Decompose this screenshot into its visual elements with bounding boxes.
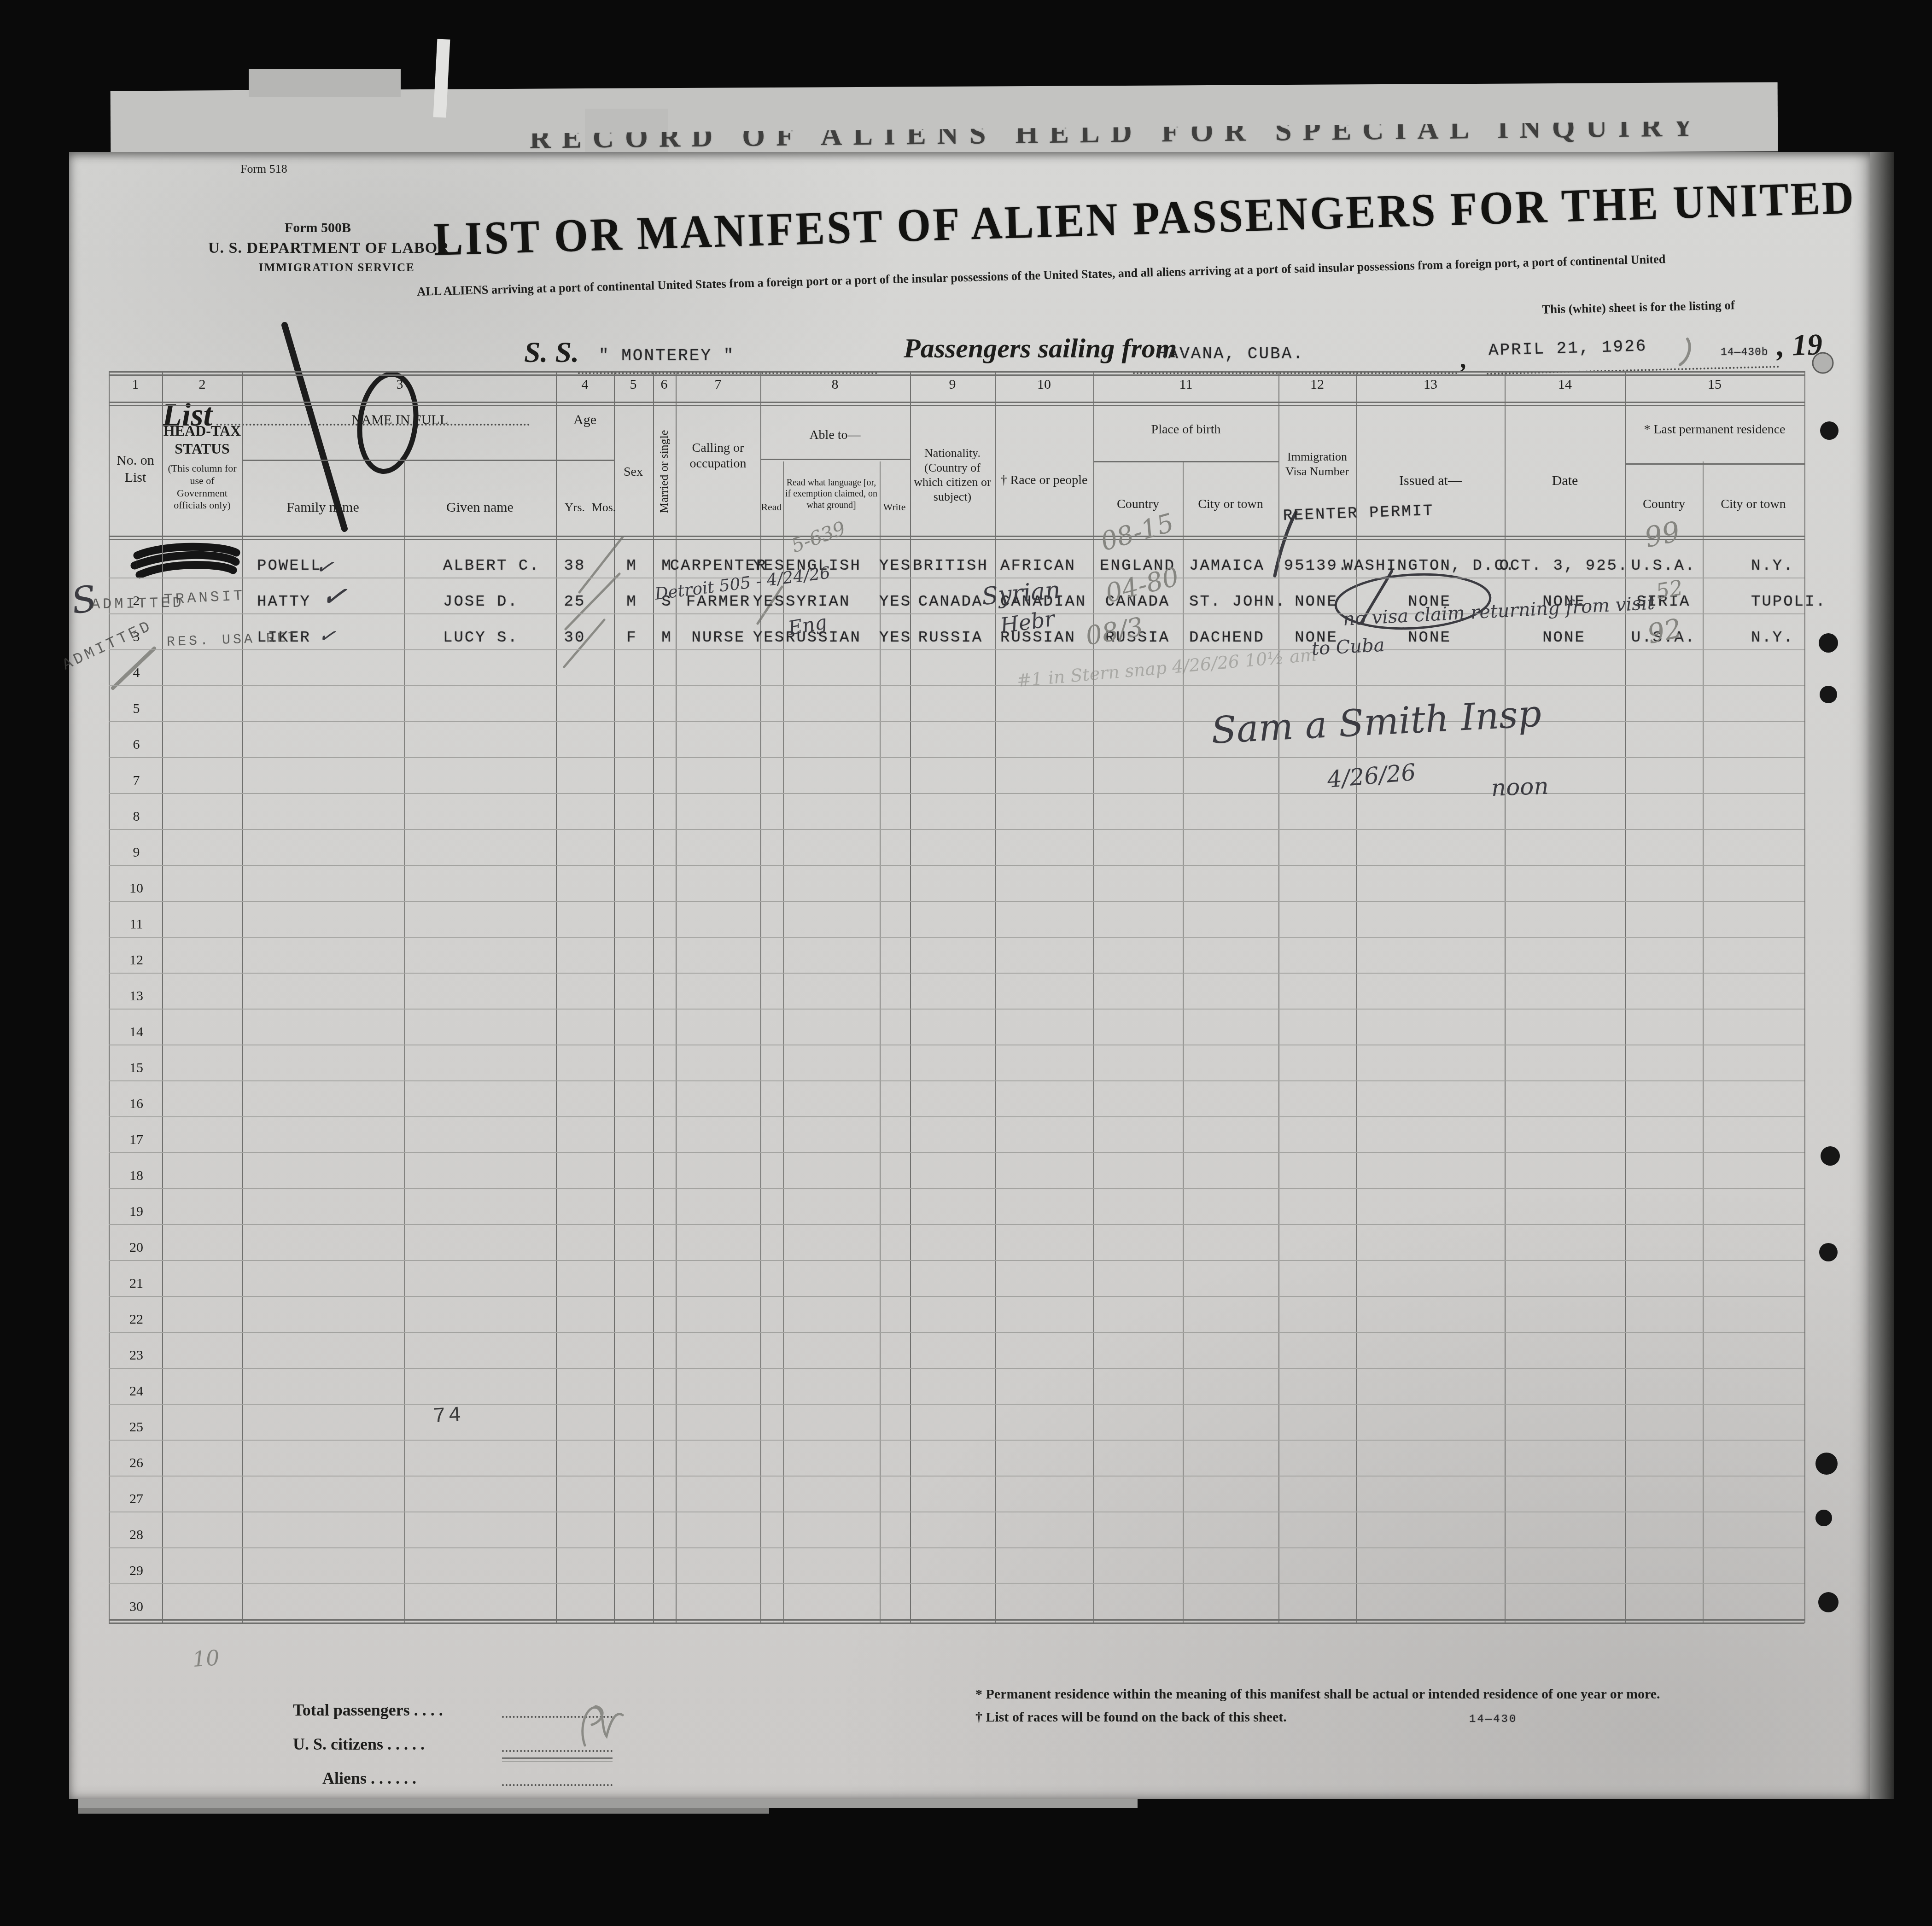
cell-r2-c8b: SYRIAN <box>786 593 850 611</box>
grid-rule <box>109 402 1804 403</box>
grid-subcol-line <box>1183 461 1184 1623</box>
column-number: 3 <box>379 377 420 392</box>
column-number: 1 <box>115 377 156 392</box>
grid-rule <box>109 405 1804 406</box>
cell-r3-c4a: 30 <box>564 629 586 647</box>
row-number: 18 <box>118 1168 155 1184</box>
cell-r1-c15a: U.S.A. <box>1631 557 1696 575</box>
cell-r1-c11b: JAMAICA <box>1189 557 1265 575</box>
column-number: 15 <box>1694 377 1735 392</box>
row-line <box>109 757 1804 758</box>
annotation-cuba2: to Cuba <box>1311 635 1385 660</box>
cell-r3-c11b: DACHEND <box>1189 629 1265 647</box>
row-number: 1 <box>118 557 155 573</box>
cell-r1-c4a: 38 <box>564 557 586 575</box>
grid-col-line <box>1278 371 1279 1623</box>
cell-r2-c12: NONE <box>1295 593 1338 611</box>
row-line <box>109 1476 1804 1477</box>
annotation-margin10: 10 <box>192 1645 220 1672</box>
row-line <box>109 973 1804 974</box>
cell-r1-c8c: YES <box>879 557 911 575</box>
header-mos: Mos. <box>585 500 622 515</box>
header-visa: Immigration Visa Number <box>1278 449 1357 479</box>
row-line <box>109 1368 1804 1369</box>
header-read-lang: Read what language [or, if exemption cla… <box>784 477 879 511</box>
cell-r1-c3b: ALBERT C. <box>443 557 540 575</box>
row-number: 17 <box>118 1132 155 1148</box>
row-line <box>109 649 1804 650</box>
row-line <box>109 793 1804 794</box>
row-number: 24 <box>118 1383 155 1399</box>
row-number: 15 <box>118 1060 155 1076</box>
row-number: 21 <box>118 1276 155 1291</box>
header-given: Given name <box>411 499 549 516</box>
cell-r3-c5: F <box>626 629 637 647</box>
row-line <box>109 1583 1804 1584</box>
cell-r3-c3b: LUCY S. <box>443 629 519 647</box>
row-line <box>109 578 1804 578</box>
header-underline <box>242 460 614 461</box>
cell-r2-c3b: JOSE D. <box>443 593 519 611</box>
grid-col-line <box>653 371 654 1623</box>
cell-r1-c9: BRITISH <box>913 557 988 575</box>
cell-r3-c8a: YES <box>753 629 785 647</box>
header-sex: Sex <box>614 464 653 480</box>
cell-r3-c15b: N.Y. <box>1751 629 1794 647</box>
row-number: 20 <box>118 1240 155 1255</box>
grid-col-line <box>162 371 163 1623</box>
cell-r1-c14: OCT. 3, 925. <box>1500 557 1629 575</box>
header-place-birth: Place of birth <box>1124 422 1248 438</box>
row-line <box>109 937 1804 938</box>
header-read: Read <box>757 501 786 514</box>
row-number: 25 <box>118 1419 155 1435</box>
row-number: 29 <box>118 1563 155 1579</box>
row-number: 28 <box>118 1527 155 1543</box>
row-line <box>109 1152 1804 1153</box>
row-number: 5 <box>118 701 155 717</box>
grid-col-line <box>109 371 110 1623</box>
grid-rule <box>109 1623 1804 1624</box>
header-calling: Calling or occupation <box>682 440 754 472</box>
row-line <box>109 721 1804 722</box>
cell-r1-c13: WASHINGTON, D.C. <box>1343 557 1516 575</box>
cell-r3-c9: RUSSIA <box>918 629 983 647</box>
row-number: 27 <box>118 1491 155 1507</box>
row-line <box>109 1440 1804 1441</box>
cell-r3-c6: M <box>661 629 672 647</box>
grid-col-line <box>1093 371 1094 1623</box>
row-line <box>109 1296 1804 1297</box>
cell-r3-c13: NONE <box>1408 629 1451 647</box>
row-line <box>109 1404 1804 1405</box>
header-nationality: Nationality. (Country of which citizen o… <box>911 446 993 504</box>
header-underline <box>1093 461 1278 462</box>
cell-r3-c7: NURSE <box>691 629 745 647</box>
punch-holes <box>1813 353 1840 1612</box>
grid-col-line <box>242 371 243 1623</box>
header-issued: Issued at— <box>1377 473 1483 490</box>
header-no-list: No. on List <box>108 452 163 486</box>
cell-r1-c10: AFRICAN <box>1000 557 1076 575</box>
cell-r2-c8c: YES <box>879 593 911 611</box>
header-name-in-full: NAME IN FULL <box>303 412 496 429</box>
row-line <box>109 1188 1804 1189</box>
grid-col-line <box>1804 371 1805 1623</box>
header-married: Married or single <box>657 403 671 541</box>
row-line <box>109 1224 1804 1225</box>
pencil-slashes <box>113 339 1690 1745</box>
row-number: 16 <box>118 1096 155 1112</box>
cell-r2-c11b: ST. JOHN. <box>1189 593 1286 611</box>
header-head-tax: HEAD-TAX STATUS <box>161 422 244 458</box>
row-number: 9 <box>118 845 155 860</box>
header-head-tax-note: (This column for use of Government offic… <box>166 462 238 512</box>
header-write: Write <box>877 501 911 514</box>
cell-r2-c8a: YES <box>753 593 785 611</box>
row-number: 14 <box>118 1024 155 1040</box>
column-number: 8 <box>814 377 856 392</box>
column-number: 10 <box>1023 377 1065 392</box>
annotation-n52: 52 <box>1654 575 1685 604</box>
row-number: 23 <box>118 1348 155 1363</box>
cell-r2-c9: CANADA <box>918 593 983 611</box>
annotation-check2: ✓ <box>319 577 349 615</box>
row-line <box>109 865 1804 866</box>
column-number: 9 <box>932 377 973 392</box>
row-number: 8 <box>118 809 155 824</box>
row-line <box>109 1116 1804 1117</box>
row-number: 22 <box>118 1312 155 1327</box>
row-number: 12 <box>118 952 155 968</box>
column-number: 11 <box>1165 377 1207 392</box>
header-race: † Race or people <box>996 473 1092 488</box>
cell-r1-c12: 95139. <box>1284 557 1348 575</box>
grid-rule <box>109 374 1804 376</box>
grid-col-line <box>614 371 615 1623</box>
column-number: 13 <box>1410 377 1451 392</box>
row-line <box>109 1547 1804 1548</box>
grid-subcol-line <box>404 461 405 1623</box>
row-line <box>109 1260 1804 1261</box>
cell-r3-c14: NONE <box>1542 629 1586 647</box>
header-city2: City or town <box>1710 496 1797 512</box>
cell-r1-c15b: N.Y. <box>1751 557 1794 575</box>
header-family: Family name <box>254 499 392 516</box>
annotation-sig-noon: noon <box>1491 773 1549 801</box>
header-able-to: Able to— <box>787 427 883 443</box>
cell-r1-c7: CARPENTER <box>670 557 767 575</box>
row-number: 10 <box>118 881 155 896</box>
cell-r2-c5: M <box>626 593 637 611</box>
column-number: 7 <box>697 377 739 392</box>
cell-r2-c3a: HATTY <box>257 593 311 611</box>
header-underline <box>1625 463 1804 465</box>
cell-r1-c3a: POWELL <box>257 557 321 575</box>
column-number: 12 <box>1296 377 1338 392</box>
column-number: 14 <box>1544 377 1586 392</box>
row-number: 26 <box>118 1455 155 1471</box>
grid-rule <box>109 1619 1804 1621</box>
manifest-scan: RECORD OF ALIENS HELD FOR SPECIAL INQUIR… <box>0 0 1932 1926</box>
grid-rule <box>109 536 1804 537</box>
column-number: 2 <box>181 377 223 392</box>
row-number: 11 <box>118 916 155 932</box>
header-date-h: Date <box>1530 473 1599 490</box>
row-number: 30 <box>118 1599 155 1615</box>
cell-r2-c15b: TUPOLI. <box>1751 593 1827 611</box>
row-line <box>109 1332 1804 1333</box>
grid-col-line <box>995 371 996 1623</box>
row-line <box>109 1045 1804 1045</box>
row-line <box>109 685 1804 686</box>
grid-rule <box>109 371 1804 373</box>
cell-r3-c8c: YES <box>879 629 911 647</box>
row-line <box>109 829 1804 830</box>
header-country2: Country <box>1629 496 1699 512</box>
row-number: 4 <box>118 665 155 681</box>
header-city1: City or town <box>1187 496 1274 512</box>
row-number: 6 <box>118 737 155 753</box>
annotation-st74: 74 <box>432 1403 465 1429</box>
grid-subcol-line <box>1703 461 1704 1623</box>
grid-rule <box>109 539 1804 540</box>
column-number: 6 <box>643 377 685 392</box>
header-age: Age <box>555 412 615 429</box>
column-number: 4 <box>564 377 606 392</box>
cell-r1-c5: M <box>626 557 637 575</box>
header-underline <box>760 459 910 460</box>
row-line <box>109 1512 1804 1512</box>
grid-col-line <box>556 371 557 1623</box>
header-residence: * Last permanent residence <box>1636 422 1793 438</box>
row-number: 13 <box>118 988 155 1004</box>
row-number: 19 <box>118 1204 155 1220</box>
row-line <box>109 1009 1804 1010</box>
cell-r2-c4a: 25 <box>564 593 586 611</box>
row-line <box>109 901 1804 902</box>
annotation-shapes <box>0 0 1932 1926</box>
row-number: 7 <box>118 773 155 788</box>
row-line <box>109 1080 1804 1081</box>
